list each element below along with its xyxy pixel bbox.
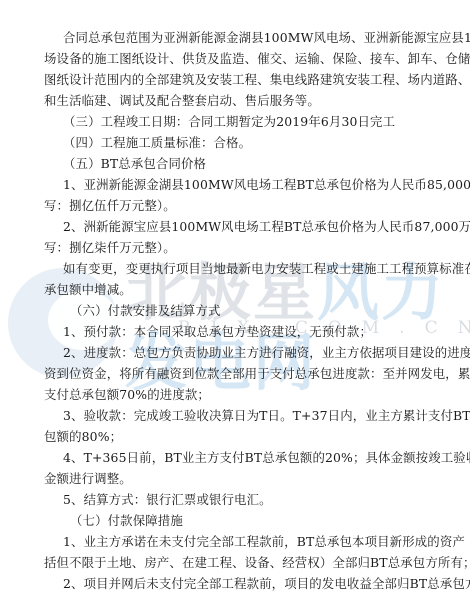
paragraph-line: （七）付款保障措施 <box>70 513 436 529</box>
paragraph-line: 1、亚洲新能源金湖县100MW风电场工程BT总承包价格为人民币85,000万元（… <box>63 177 429 193</box>
paragraph-line: 金额进行调整。 <box>44 471 429 487</box>
paragraph-line: 2、进度款：总包方负责协助业主方进行融资，业主方依据项目建设的进度及融 <box>63 345 429 361</box>
paragraph-line: 2、项目并网后未支付完全部工程款前，项目的发电收益全部归BT总承包方所 <box>63 576 429 592</box>
watermark-logo-cutout <box>48 290 118 350</box>
paragraph-line: 3、验收款：完成竣工验收决算日为T日。T+37日内，业主方累计支付BT总承 <box>63 408 429 424</box>
paragraph-line: 场设备的施工图纸设计、供货及监造、催交、运输、保险、接车、卸车、仓储保管、 <box>44 51 429 67</box>
paragraph-line: 支付总承包额70%的进度款； <box>44 387 429 403</box>
paragraph-line: 图纸设计范围内的全部建筑及安装工程、集电线路建筑安装工程、场内道路、办公 <box>44 72 429 88</box>
paragraph-line: 写：捌亿柒仟万元整）。 <box>44 240 429 256</box>
paragraph-line: 如有变更，变更执行项目当地最新电力安装工程或土建施工工程预算标准在BT <box>63 261 429 277</box>
paragraph-line: 包额的80%； <box>44 429 429 445</box>
paragraph-line: 承包额中增减。 <box>44 282 429 298</box>
paragraph-line: 和生活临建、调试及配合整套启动、售后服务等。 <box>44 93 429 109</box>
paragraph-line: 资到位资金，将所有融资到位款全部用于支付总承包进度款：至并网发电，累计应 <box>44 366 429 382</box>
paragraph-line: 合同总承包范围为亚洲新能源金湖县100MW风电场、亚洲新能源宝应县100MW风电 <box>63 30 429 46</box>
paragraph-line: 括但不限于土地、房产、在建工程、设备、经营权）全部归BT总承包方所有； <box>44 555 429 571</box>
paragraph-line: 5、结算方式：银行汇票或银行电汇。 <box>63 492 429 508</box>
paragraph-line: 1、预付款：本合同采取总承包方垫资建设，无预付款； <box>63 324 429 340</box>
document-page: 北极星风力发电网 BJX.COM.CN 合同总承包范围为亚洲新能源金湖县100M… <box>0 0 470 611</box>
paragraph-line: 4、T+365日前，BT业主方支付BT总承包额的20%；具体金额按竣工验收决算 <box>63 450 429 466</box>
paragraph-line: （四）工程施工质量标准：合格。 <box>63 135 429 151</box>
paragraph-line: （五）BT总承包合同价格 <box>63 156 429 172</box>
paragraph-line: 1、业主方承诺在未支付完全部工程款前，BT总承包本项目新形成的资产（包 <box>63 534 429 550</box>
paragraph-line: 写：捌亿伍仟万元整）。 <box>44 198 429 214</box>
paragraph-line: 2、洲新能源宝应县100MW风电场工程BT总承包价格为人民币87,000万元（大 <box>63 219 429 235</box>
paragraph-line: （三）工程竣工日期：合同工期暂定为2019年6月30日完工 <box>63 114 429 130</box>
paragraph-line: （六）付款安排及结算方式 <box>70 303 436 319</box>
